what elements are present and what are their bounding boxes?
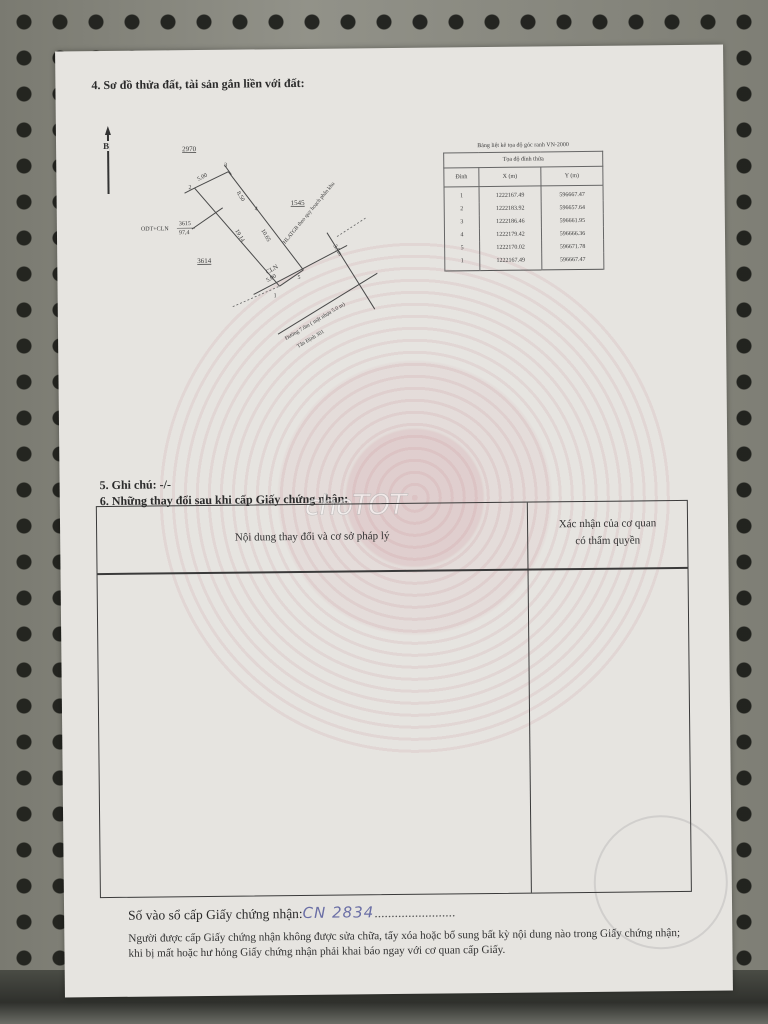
col-y: Y (m) (541, 166, 603, 186)
parcel-sketch: 2970 1545 3615 97,4 ODT+CLN 3614 CLN 3 2… (136, 133, 378, 356)
changes-col1-header: Nội dung thay đổi và cơ sở pháp lý (97, 529, 527, 546)
svg-text:ODT+CLN: ODT+CLN (141, 226, 169, 232)
coordinate-row: 11222167.49596667.47 (445, 253, 604, 271)
y-cell: 596667.47 (542, 253, 604, 270)
vertex-cell: 5 (445, 241, 480, 254)
x-cell: 1222179.42 (479, 227, 541, 241)
svg-text:2970: 2970 (182, 145, 197, 153)
section5-title: 5. Ghi chú: -/- (100, 477, 171, 493)
coordinate-group-header: Tọa độ đỉnh thửa (444, 151, 603, 168)
y-cell: 596661.95 (541, 214, 603, 228)
svg-text:1: 1 (274, 293, 277, 299)
vertex-cell: 4 (444, 228, 479, 241)
registry-line: Số vào sổ cấp Giấy chứng nhận:CN 2834...… (128, 902, 455, 923)
vertex-cell: 2 (444, 202, 479, 215)
svg-text:3615: 3615 (179, 221, 191, 227)
svg-text:2: 2 (188, 185, 191, 191)
north-label: B (103, 141, 109, 151)
svg-text:10.65: 10.65 (259, 228, 271, 243)
y-cell: 596667.47 (541, 185, 603, 201)
svg-text:4: 4 (255, 206, 258, 212)
vertex-cell: 3 (444, 215, 479, 228)
svg-text:5: 5 (297, 275, 300, 281)
changes-col2-header: Xác nhận của cơ quan có thẩm quyền (528, 515, 687, 551)
col-vertex: Đỉnh (444, 168, 479, 187)
registry-label: Số vào sổ cấp Giấy chứng nhận: (128, 906, 303, 923)
coordinate-table: Bảng liệt kê tọa độ góc ranh VN-2000 Tọa… (443, 142, 604, 272)
svg-text:5.00: 5.00 (197, 172, 209, 182)
vertex-cell: 1 (444, 187, 479, 203)
changes-table: Nội dung thay đổi và cơ sở pháp lý Xác n… (96, 500, 692, 898)
svg-text:1545: 1545 (291, 199, 306, 207)
y-cell: 596671.78 (542, 240, 604, 254)
certificate-page: 4. Sơ đồ thửa đất, tài sản gắn liền với … (55, 45, 733, 998)
warning-text: Người được cấp Giấy chứng nhận không đượ… (128, 926, 688, 962)
svg-text:3: 3 (224, 163, 227, 169)
registry-number: CN 2834 (303, 903, 375, 922)
coordinate-row: 11222167.49596667.47 (444, 185, 603, 202)
x-cell: 1222167.49 (480, 253, 542, 270)
x-cell: 1222167.49 (479, 186, 541, 202)
section4-title: 4. Sơ đồ thửa đất, tài sản gắn liền với … (91, 76, 304, 93)
x-cell: 1222183.92 (479, 201, 541, 215)
vertex-cell: 1 (445, 254, 480, 271)
svg-text:3614: 3614 (197, 257, 212, 265)
col-x: X (m) (479, 167, 541, 187)
svg-text:97,4: 97,4 (179, 230, 190, 236)
svg-text:19.14: 19.14 (233, 229, 245, 244)
x-cell: 1222186.46 (479, 214, 541, 228)
coordinate-table-caption: Bảng liệt kê tọa độ góc ranh VN-2000 (443, 142, 603, 150)
y-cell: 596666.36 (541, 227, 603, 241)
y-cell: 596657.64 (541, 201, 603, 215)
north-arrow-icon: B (100, 126, 115, 196)
x-cell: 1222170.02 (480, 240, 542, 254)
